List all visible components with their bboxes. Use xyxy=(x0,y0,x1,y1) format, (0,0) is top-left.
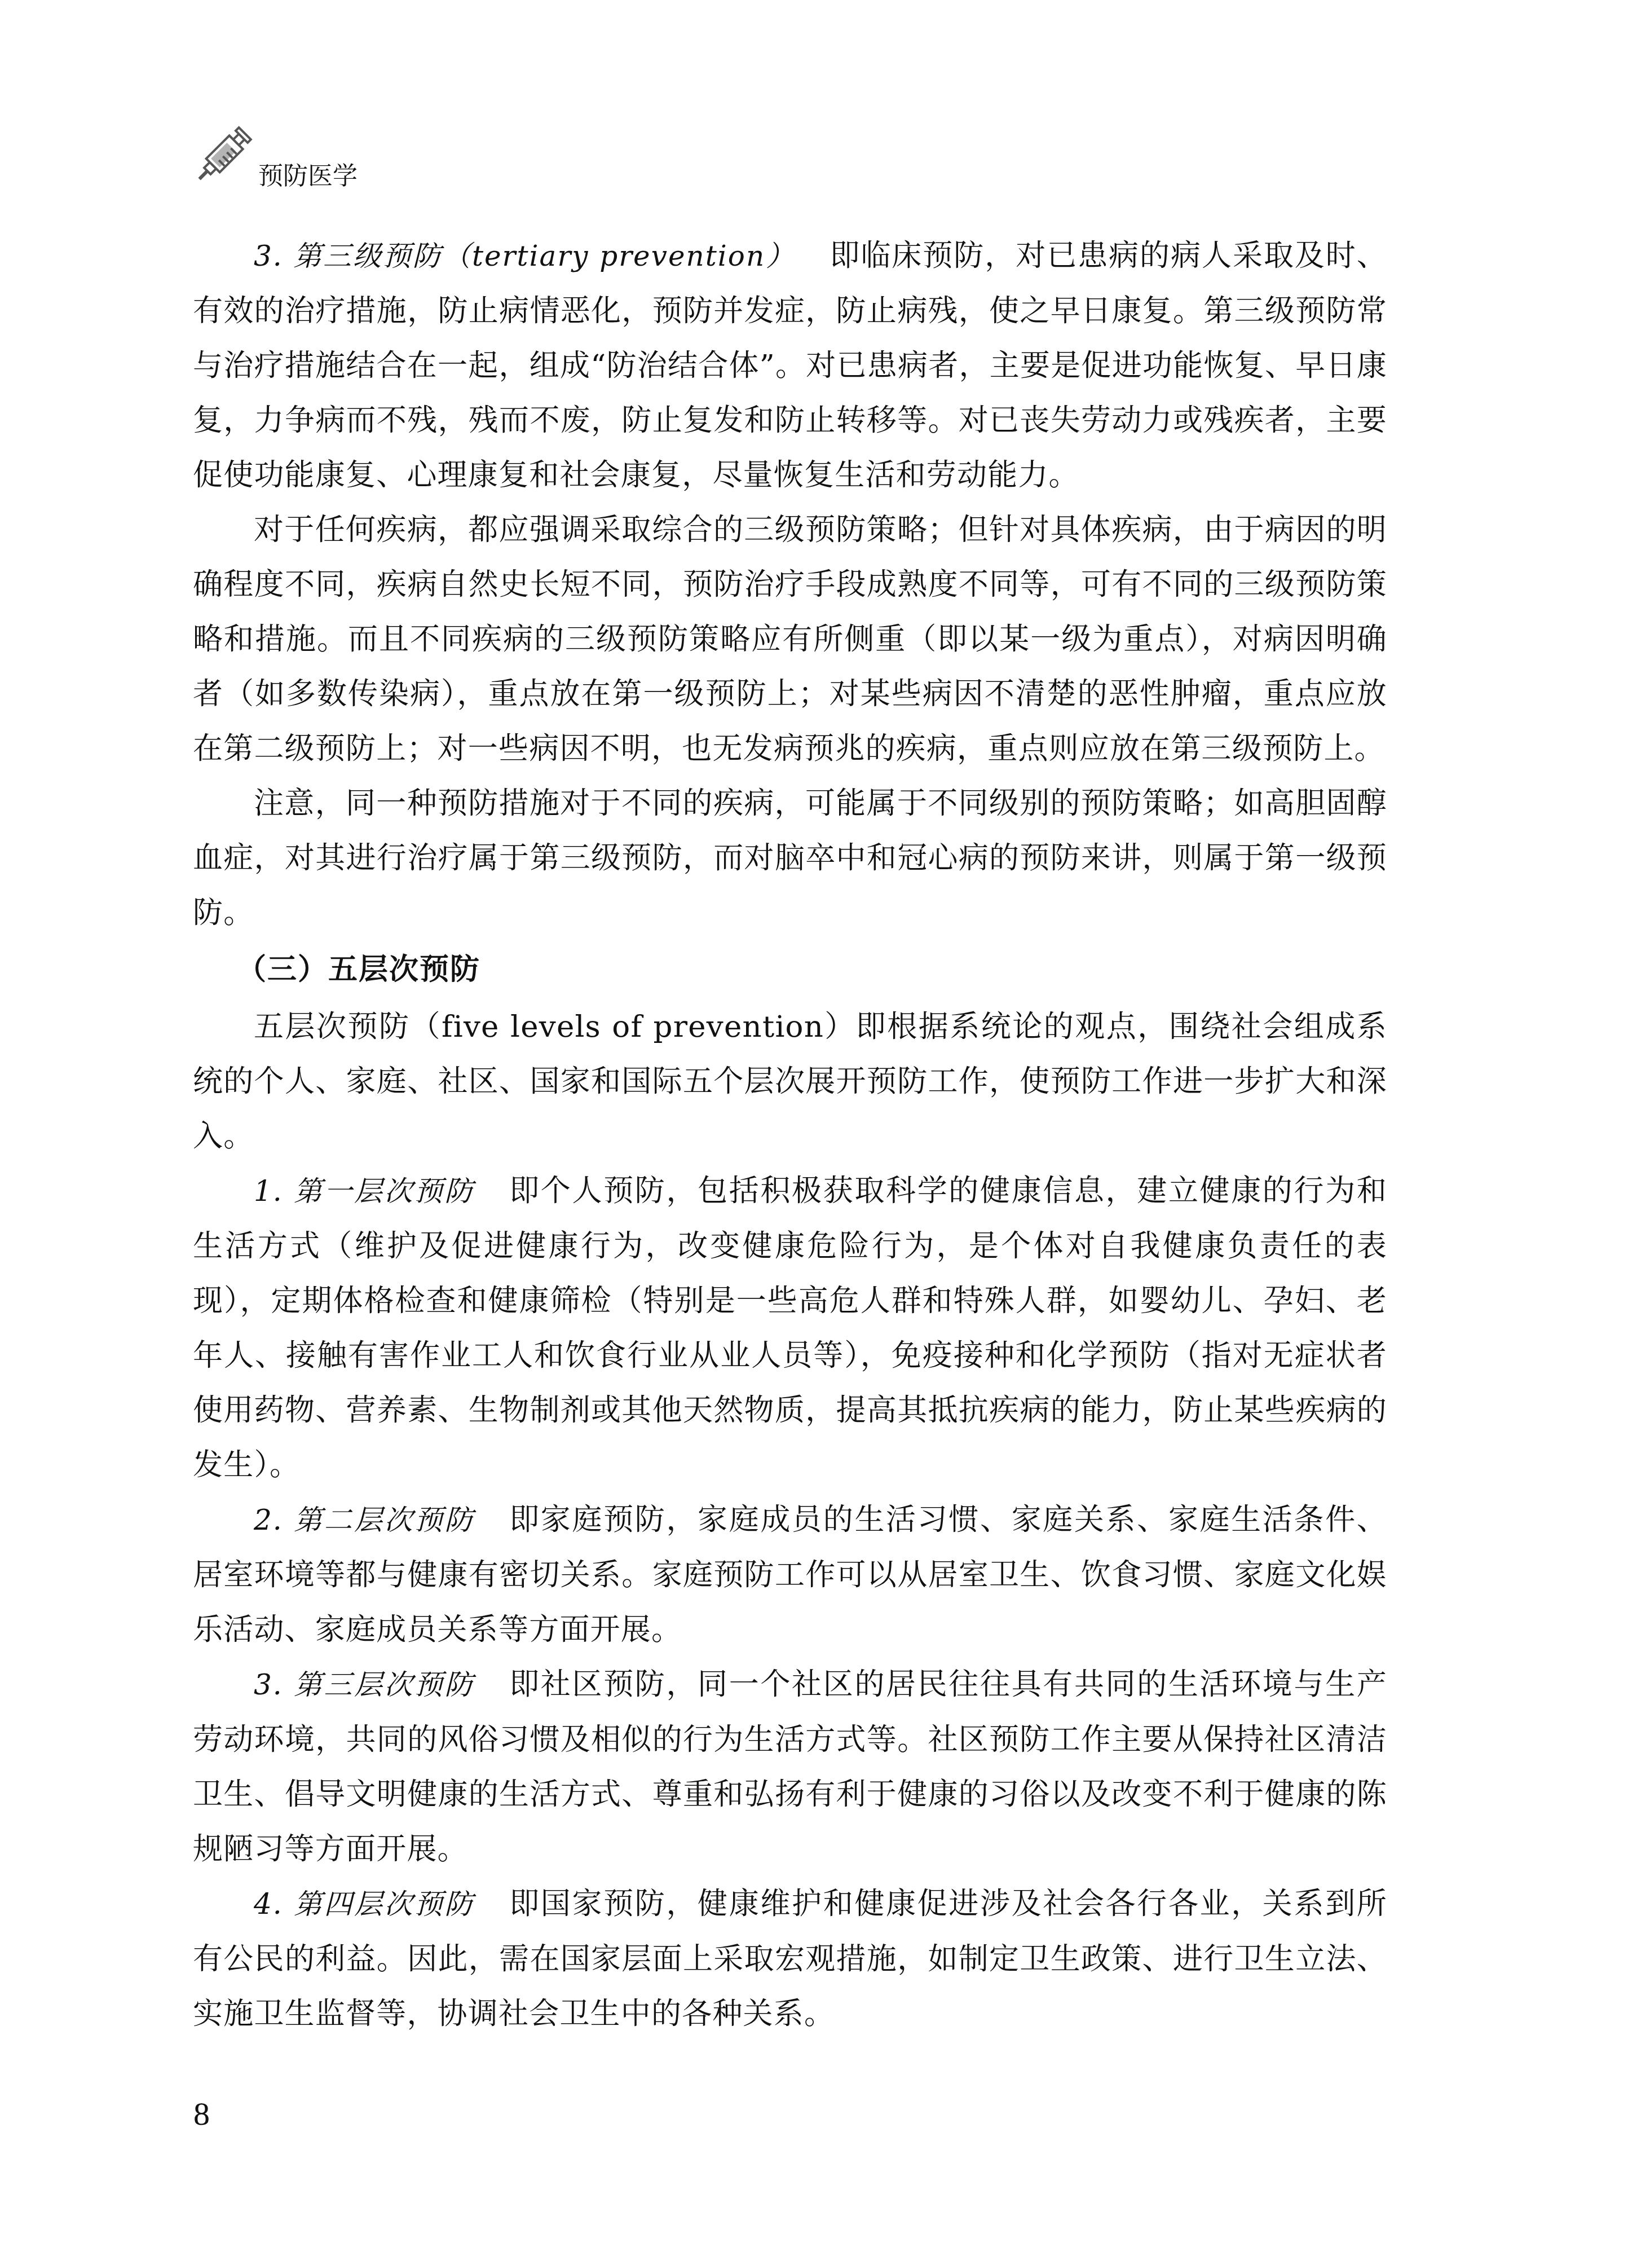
book-title: 预防医学 xyxy=(258,161,358,192)
paragraph-text: 注意，同一种预防措施对于不同的疾病，可能属于不同级别的预防策略；如高胆固醇血症，… xyxy=(193,786,1387,930)
syringe-icon xyxy=(189,116,263,189)
paragraph-level-1: 1. 第一层次预防即个人预防，包括积极获取科学的健康信息，建立健康的行为和生活方… xyxy=(193,1164,1387,1492)
paragraph-strategy: 对于任何疾病，都应强调采取综合的三级预防策略；但针对具体疾病，由于病因的明确程度… xyxy=(193,503,1387,776)
page-body: 3. 第三级预防（tertiary prevention）即临床预防，对已患病的… xyxy=(193,228,1387,2041)
item-label: 1. 第一层次预防 xyxy=(254,1175,475,1208)
paragraph-text: 对于任何疾病，都应强调采取综合的三级预防策略；但针对具体疾病，由于病因的明确程度… xyxy=(193,513,1387,766)
paragraph-text: 五层次预防（five levels of prevention）即根据系统论的观… xyxy=(193,1010,1387,1153)
paragraph-level-3: 3. 第三层次预防即社区预防，同一个社区的居民往往具有共同的生活环境与生产劳动环… xyxy=(193,1657,1387,1877)
paragraph-text: 即个人预防，包括积极获取科学的健康信息，建立健康的行为和生活方式（维护及促进健康… xyxy=(193,1174,1387,1482)
paragraph-level-4: 4. 第四层次预防即国家预防，健康维护和健康促进涉及社会各行各业，关系到所有公民… xyxy=(193,1877,1387,2041)
running-header: 预防医学 xyxy=(189,116,426,195)
paragraph-text: 即临床预防，对已患病的病人采取及时、有效的治疗措施，防止病情恶化，预防并发症，防… xyxy=(193,239,1387,492)
page-number: 8 xyxy=(193,2096,210,2132)
item-label: 4. 第四层次预防 xyxy=(254,1888,475,1921)
paragraph-tertiary-prevention: 3. 第三级预防（tertiary prevention）即临床预防，对已患病的… xyxy=(193,228,1387,503)
item-label: 3. 第三层次预防 xyxy=(254,1668,475,1701)
paragraph-note: 注意，同一种预防措施对于不同的疾病，可能属于不同级别的预防策略；如高胆固醇血症，… xyxy=(193,776,1387,940)
section-heading: （三）五层次预防 xyxy=(193,940,1387,999)
item-label: 3. 第三级预防（tertiary prevention） xyxy=(254,240,796,272)
paragraph-five-levels-intro: 五层次预防（five levels of prevention）即根据系统论的观… xyxy=(193,999,1387,1164)
item-label: 2. 第二层次预防 xyxy=(254,1504,475,1536)
paragraph-level-2: 2. 第二层次预防即家庭预防，家庭成员的生活习惯、家庭关系、家庭生活条件、居室环… xyxy=(193,1492,1387,1657)
